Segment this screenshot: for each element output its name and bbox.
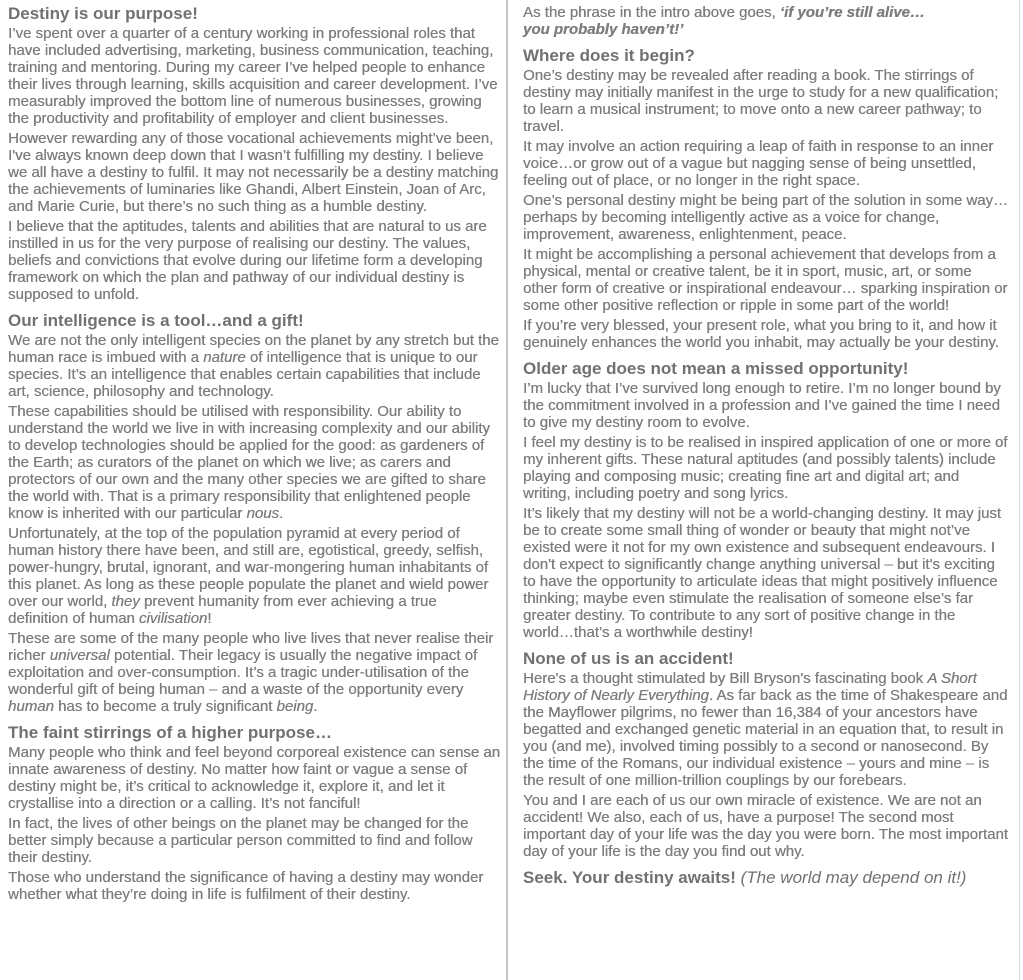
body-paragraph: However rewarding any of those vocationa… — [8, 130, 500, 215]
body-paragraph: These are some of the many people who li… — [8, 630, 500, 715]
body-paragraph: Here's a thought stimulated by Bill Brys… — [523, 670, 1009, 789]
text-run: human — [8, 698, 54, 715]
text-run: Here's a thought stimulated by Bill Brys… — [523, 670, 927, 687]
body-paragraph: I’ve spent over a quarter of a century w… — [8, 25, 500, 127]
text-run: nous — [246, 505, 279, 522]
text-column-left: Destiny is our purpose!I’ve spent over a… — [0, 0, 506, 980]
text-run: In fact, the lives of other beings on th… — [8, 815, 472, 866]
text-run: ‘if you’re still alive… — [780, 4, 925, 21]
text-run: Those who understand the significance of… — [8, 869, 483, 903]
text-run: ! — [207, 610, 211, 627]
text-run: It may involve an action requiring a lea… — [523, 138, 993, 189]
body-paragraph: It may involve an action requiring a lea… — [523, 138, 1009, 189]
text-run: Our intelligence is a tool…and a gift! — [8, 311, 304, 330]
body-paragraph: I believe that the aptitudes, talents an… — [8, 218, 500, 303]
body-paragraph: Those who understand the significance of… — [8, 869, 500, 903]
body-paragraph: In fact, the lives of other beings on th… — [8, 815, 500, 866]
text-run: (The world may depend on it!) — [741, 868, 967, 887]
body-paragraph: Many people who think and feel beyond co… — [8, 744, 500, 812]
body-paragraph: It’s likely that my destiny will not be … — [523, 505, 1009, 641]
body-paragraph: These capabilities should be utilised wi… — [8, 403, 500, 522]
article-page: Destiny is our purpose!I’ve spent over a… — [0, 0, 1023, 980]
text-run: I’m lucky that I’ve survived long enough… — [523, 380, 1001, 431]
text-run: Many people who think and feel beyond co… — [8, 744, 500, 812]
body-paragraph: I’m lucky that I’ve survived long enough… — [523, 380, 1009, 431]
text-run: universal — [50, 647, 110, 664]
body-paragraph: One’s personal destiny might be being pa… — [523, 192, 1009, 243]
text-run: If you’re very blessed, your present rol… — [523, 317, 999, 351]
section-heading: Older age does not mean a missed opportu… — [523, 359, 1009, 378]
section-heading: Where does it begin? — [523, 46, 1009, 65]
text-run: nature — [203, 349, 246, 366]
body-paragraph: If you’re very blessed, your present rol… — [523, 317, 1009, 351]
text-run: Where does it begin? — [523, 46, 695, 65]
body-paragraph: One’s destiny may be revealed after read… — [523, 67, 1009, 135]
text-run: You and I are each of us our own miracle… — [523, 792, 1008, 860]
text-run: One’s destiny may be revealed after read… — [523, 67, 998, 135]
text-run: None of us is an accident! — [523, 649, 734, 668]
text-run: I believe that the aptitudes, talents an… — [8, 218, 487, 303]
text-run: One’s personal destiny might be being pa… — [523, 192, 1008, 243]
text-run: Older age does not mean a missed opportu… — [523, 359, 908, 378]
body-paragraph: It might be accomplishing a personal ach… — [523, 246, 1009, 314]
text-run: Seek. Your destiny awaits! — [523, 868, 741, 887]
text-run: . — [279, 505, 283, 522]
body-paragraph: I feel my destiny is to be realised in i… — [523, 434, 1009, 502]
section-heading: Seek. Your destiny awaits! (The world ma… — [523, 868, 1009, 887]
body-paragraph: We are not the only intelligent species … — [8, 332, 500, 400]
body-paragraph: Unfortunately, at the top of the populat… — [8, 525, 500, 627]
section-heading: Destiny is our purpose! — [8, 4, 500, 23]
section-heading: The faint stirrings of a higher purpose… — [8, 723, 500, 742]
body-paragraph: As the phrase in the intro above goes, ‘… — [523, 4, 1009, 38]
text-run: It’s likely that my destiny will not be … — [523, 505, 1001, 641]
text-run: The faint stirrings of a higher purpose… — [8, 723, 332, 742]
section-heading: None of us is an accident! — [523, 649, 1009, 668]
text-run: It might be accomplishing a personal ach… — [523, 246, 1007, 314]
text-run: As the phrase in the intro above goes, — [523, 4, 780, 21]
body-paragraph: You and I are each of us our own miracle… — [523, 792, 1009, 860]
text-run: . — [313, 698, 317, 715]
text-run: has to become a truly significant — [54, 698, 277, 715]
text-run: However rewarding any of those vocationa… — [8, 130, 498, 215]
text-run: you probably haven’t!’ — [523, 21, 683, 38]
text-run: Destiny is our purpose! — [8, 4, 198, 23]
text-run: civilisation — [139, 610, 207, 627]
text-column-right: As the phrase in the intro above goes, ‘… — [508, 0, 1022, 980]
section-heading: Our intelligence is a tool…and a gift! — [8, 311, 500, 330]
text-run: being — [277, 698, 314, 715]
page-right-edge-line — [1019, 0, 1020, 980]
text-run: I’ve spent over a quarter of a century w… — [8, 25, 497, 127]
text-run: I feel my destiny is to be realised in i… — [523, 434, 1007, 502]
text-run: they — [111, 593, 139, 610]
